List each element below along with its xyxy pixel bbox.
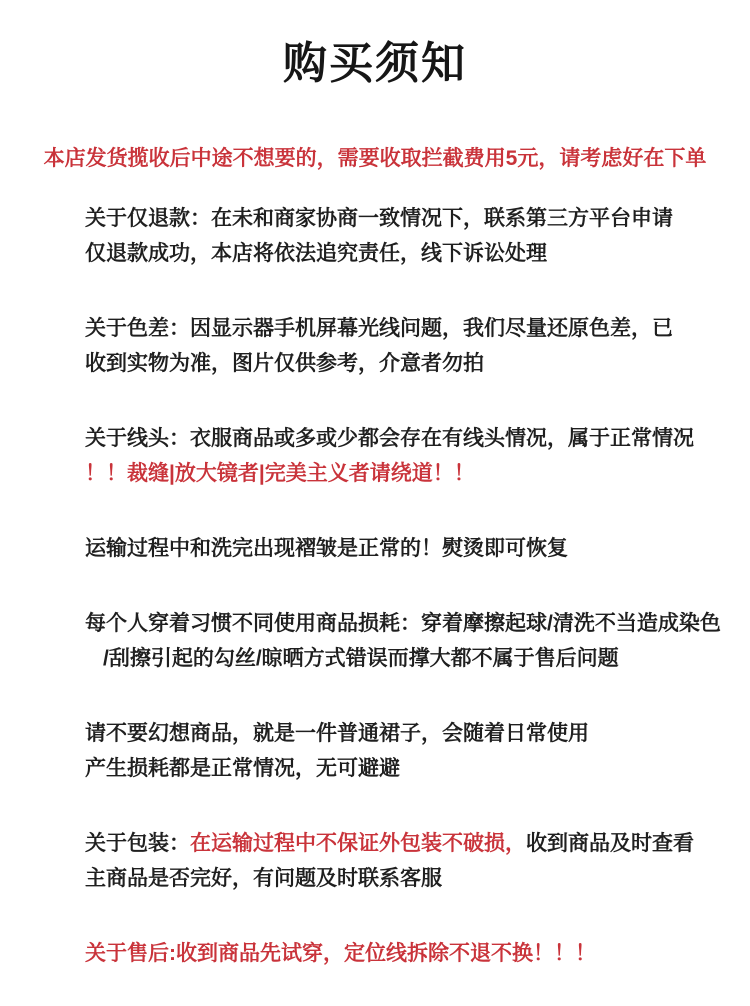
text-run: 请不要幻想商品，就是一件普通裙子，会随着日常使用 [85, 722, 589, 745]
text-run: 收到实物为准，图片仅供参考，介意者勿拍 [85, 352, 484, 375]
notice-body: 关于仅退款：在未和商家协商一致情况下，联系第三方平台申请仅退款成功，本店将依法追… [85, 201, 712, 971]
paragraph-line: 运输过程中和洗完出现褶皱是正常的！熨烫即可恢复 [85, 531, 712, 566]
paragraph-line: 产生损耗都是正常情况，无可避避 [85, 751, 712, 786]
text-run: 运输过程中和洗完出现褶皱是正常的！熨烫即可恢复 [85, 537, 568, 560]
notice-paragraph: 运输过程中和洗完出现褶皱是正常的！熨烫即可恢复 [85, 531, 712, 566]
notice-paragraph: 关于包装：在运输过程中不保证外包装不破损，收到商品及时查看主商品是否完好，有问题… [85, 826, 712, 896]
paragraph-line: /刮擦引起的勾丝/晾晒方式错误而撑大都不属于售后问题 [85, 641, 712, 676]
paragraph-line: 关于色差：因显示器手机屏幕光线问题，我们尽量还原色差，已 [85, 311, 712, 346]
text-run: /刮擦引起的勾丝/晾晒方式错误而撑大都不属于售后问题 [103, 647, 619, 670]
text-run: 关于包装： [85, 832, 190, 855]
paragraph-line: 收到实物为准，图片仅供参考，介意者勿拍 [85, 346, 712, 381]
paragraph-line: 主商品是否完好，有问题及时联系客服 [85, 861, 712, 896]
notice-paragraph: 关于色差：因显示器手机屏幕光线问题，我们尽量还原色差，已收到实物为准，图片仅供参… [85, 311, 712, 381]
text-run: 在运输过程中不保证外包装不破损， [190, 832, 526, 855]
text-run: 仅退款成功，本店将依法追究责任，线下诉讼处理 [85, 242, 547, 265]
notice-paragraph: 关于线头：衣服商品或多或少都会存在有线头情况，属于正常情况！！裁缝|放大镜者|完… [85, 421, 712, 491]
paragraph-line: ！！裁缝|放大镜者|完美主义者请绕道！！ [85, 456, 712, 491]
page-title: 购买须知 [0, 0, 750, 91]
text-run: 产生损耗都是正常情况，无可避避 [85, 757, 400, 780]
paragraph-line: 请不要幻想商品，就是一件普通裙子，会随着日常使用 [85, 716, 712, 751]
paragraph-line: 关于售后:收到商品先试穿，定位线拆除不退不换！！！ [85, 936, 712, 971]
intercept-fee-warning: 本店发货揽收后中途不想要的，需要收取拦截费用5元，请考虑好在下单 [0, 141, 750, 176]
notice-paragraph: 关于仅退款：在未和商家协商一致情况下，联系第三方平台申请仅退款成功，本店将依法追… [85, 201, 712, 271]
notice-paragraph: 请不要幻想商品，就是一件普通裙子，会随着日常使用产生损耗都是正常情况，无可避避 [85, 716, 712, 786]
text-run: ！！裁缝|放大镜者|完美主义者请绕道！！ [85, 462, 475, 485]
notice-paragraph: 关于售后:收到商品先试穿，定位线拆除不退不换！！！ [85, 936, 712, 971]
notice-paragraph: 每个人穿着习惯不同使用商品损耗：穿着摩擦起球/清洗不当造成染色/刮擦引起的勾丝/… [85, 606, 712, 676]
text-run: 关于仅退款：在未和商家协商一致情况下，联系第三方平台申请 [85, 207, 673, 230]
paragraph-line: 关于仅退款：在未和商家协商一致情况下，联系第三方平台申请 [85, 201, 712, 236]
paragraph-line: 关于线头：衣服商品或多或少都会存在有线头情况，属于正常情况 [85, 421, 712, 456]
paragraph-line: 关于包装：在运输过程中不保证外包装不破损，收到商品及时查看 [85, 826, 712, 861]
text-run: 关于色差：因显示器手机屏幕光线问题，我们尽量还原色差，已 [85, 317, 673, 340]
text-run: 收到商品及时查看 [526, 832, 694, 855]
text-run: 关于线头：衣服商品或多或少都会存在有线头情况，属于正常情况 [85, 427, 694, 450]
text-run: 关于售后:收到商品先试穿，定位线拆除不退不换！！！ [85, 942, 596, 965]
paragraph-line: 每个人穿着习惯不同使用商品损耗：穿着摩擦起球/清洗不当造成染色 [85, 606, 712, 641]
purchase-notice-page: 购买须知 本店发货揽收后中途不想要的，需要收取拦截费用5元，请考虑好在下单 关于… [0, 0, 750, 1006]
text-run: 每个人穿着习惯不同使用商品损耗：穿着摩擦起球/清洗不当造成染色 [85, 612, 721, 635]
text-run: 主商品是否完好，有问题及时联系客服 [85, 867, 442, 890]
paragraph-line: 仅退款成功，本店将依法追究责任，线下诉讼处理 [85, 236, 712, 271]
